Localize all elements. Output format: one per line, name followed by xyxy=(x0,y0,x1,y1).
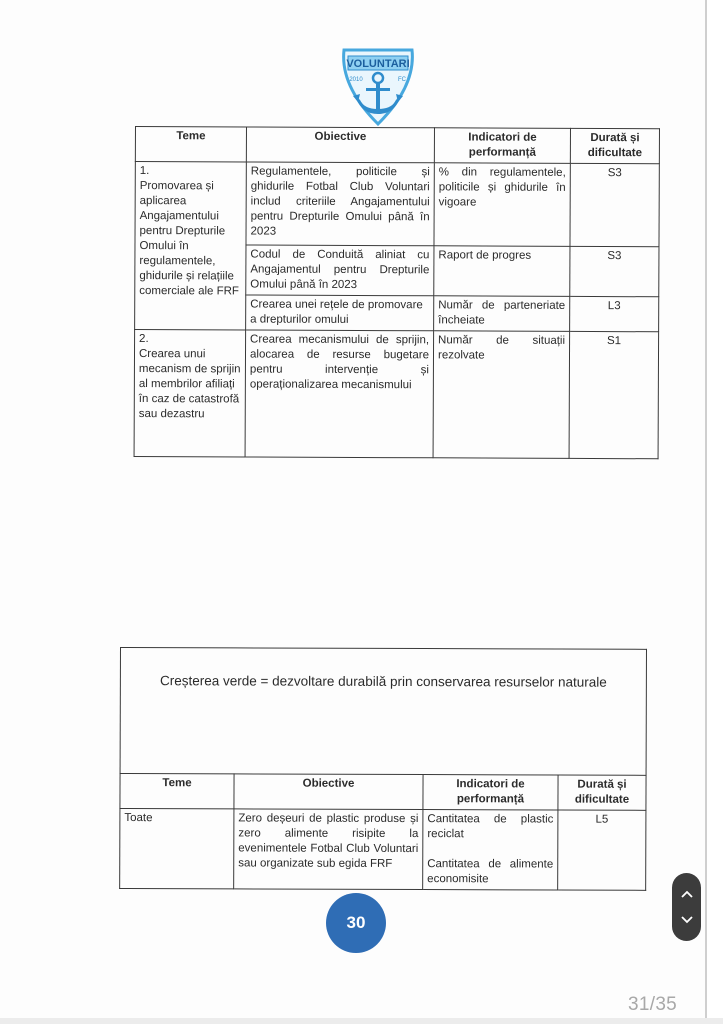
header-durata: Durată și dificultate xyxy=(570,128,659,163)
table-title: Creșterea verde = dezvoltare durabilă pr… xyxy=(120,648,646,776)
durata-cell: S1 xyxy=(569,331,659,458)
indicator-cell: Număr de situații rezolvate xyxy=(433,331,570,459)
indicator-food: Cantitatea de alimente economisite xyxy=(427,857,553,887)
bottom-bar xyxy=(0,1018,723,1024)
page-counter: 31/35 xyxy=(628,994,677,1016)
header-indicatori: Indicatori de performanță xyxy=(423,775,558,810)
tema-cell: 2. Crearea unui mecanism de sprijin al m… xyxy=(134,330,246,457)
table-row: 2. Crearea unui mecanism de sprijin al m… xyxy=(134,330,659,459)
svg-text:2010: 2010 xyxy=(349,77,363,83)
durata-cell: L5 xyxy=(558,810,646,890)
header-obiective: Obiective xyxy=(234,774,423,810)
table-row: 1. Promovarea și aplicarea Angajamentulu… xyxy=(135,162,659,247)
obiectiv-cell: Codul de Conduită aliniat cu Angajamentu… xyxy=(246,245,434,296)
svg-text:VOLUNTARI: VOLUNTARI xyxy=(346,58,409,70)
obiectiv-cell: Crearea unei rețele de promovare a drept… xyxy=(246,295,434,331)
tema-cell: 1. Promovarea și aplicarea Angajamentulu… xyxy=(135,162,247,330)
durata-cell: L3 xyxy=(570,296,659,331)
page-number-badge: 30 xyxy=(326,893,386,953)
durata-cell: S3 xyxy=(570,163,659,246)
svg-text:FC: FC xyxy=(398,77,407,83)
header-teme: Teme xyxy=(120,774,234,809)
header-durata: Durată și dificultate xyxy=(558,775,646,810)
club-logo: VOLUNTARI 2010 FC xyxy=(336,46,420,128)
document-page: VOLUNTARI 2010 FC Teme Obiective Indicat… xyxy=(0,0,705,1018)
header-obiective: Obiective xyxy=(246,127,434,163)
previous-page-button[interactable] xyxy=(677,886,697,902)
next-page-button[interactable] xyxy=(677,912,697,928)
header-indicatori: Indicatori de performanță xyxy=(434,128,570,164)
tema-cell: Toate xyxy=(120,809,234,889)
durata-cell: S3 xyxy=(570,246,659,296)
indicator-cell: Raport de progres xyxy=(434,246,570,297)
chevron-down-icon xyxy=(681,916,693,924)
header-teme: Teme xyxy=(135,127,246,162)
human-rights-objectives-table: Teme Obiective Indicatori de performanță… xyxy=(134,126,660,459)
chevron-up-icon xyxy=(681,890,693,898)
indicator-cell: Număr de parteneriate încheiate xyxy=(434,296,570,332)
obiectiv-cell: Crearea mecanismului de sprijin, alocare… xyxy=(245,330,434,458)
scrollbar-track[interactable] xyxy=(705,0,707,1018)
table-row: Toate Zero deșeuri de plastic produse și… xyxy=(120,809,646,891)
obiectiv-cell: Zero deșeuri de plastic produse și zero … xyxy=(234,809,423,890)
indicator-plastic: Cantitatea de plastic reciclat xyxy=(427,812,553,842)
page-navigation-control[interactable] xyxy=(672,873,701,941)
obiectiv-cell: Regulamentele, politicile și ghidurile F… xyxy=(246,162,434,246)
green-growth-table: Creșterea verde = dezvoltare durabilă pr… xyxy=(119,647,647,891)
indicator-cell: Cantitatea de plastic reciclat Cantitate… xyxy=(423,810,558,890)
indicator-cell: % din regulamentele, politicile și ghidu… xyxy=(434,163,570,247)
